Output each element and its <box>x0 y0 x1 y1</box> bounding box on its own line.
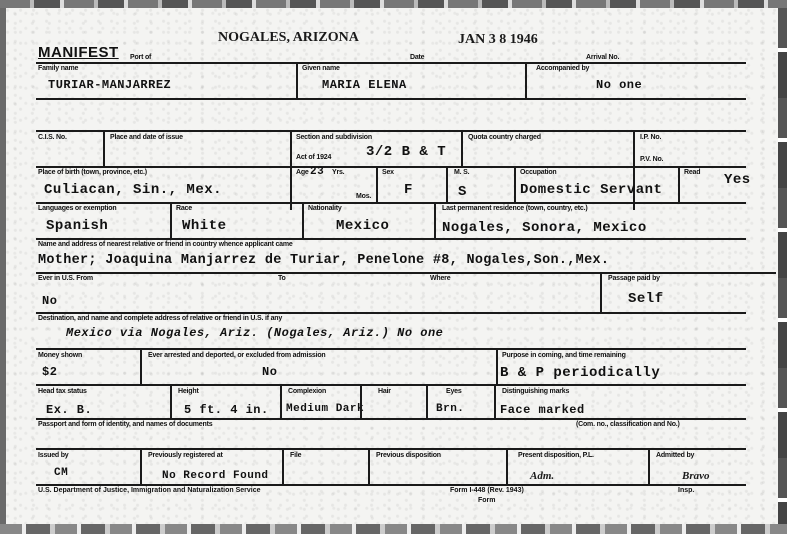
form-number: Form I-448 (Rev. 1943) <box>450 487 524 494</box>
divider <box>103 130 105 166</box>
divider <box>140 348 142 384</box>
sex-value: F <box>404 182 413 198</box>
section-label: Section and subdivision <box>296 134 372 141</box>
divider <box>282 448 284 484</box>
height-value: 5 ft. 4 in. <box>184 403 269 417</box>
divider <box>648 448 650 484</box>
occupation-value: Domestic Servant <box>520 182 662 198</box>
eyes-label: Eyes <box>446 388 462 395</box>
rule <box>36 62 746 64</box>
head-tax-label: Head tax status <box>38 388 87 395</box>
age-yrs-label: Yrs. <box>332 169 344 176</box>
last-residence-value: Nogales, Sonora, Mexico <box>442 220 647 236</box>
admitted-by-value: Bravo <box>682 470 710 482</box>
classification-label: (Com. no., classification and No.) <box>576 421 680 428</box>
divider <box>525 62 527 98</box>
ever-in-us-label: Ever in U.S. From <box>38 275 93 282</box>
age-years-value: 23 <box>310 166 324 178</box>
race-label: Race <box>176 205 192 212</box>
language-label: Languages or exemption <box>38 205 116 212</box>
rule <box>36 166 746 168</box>
rule <box>36 384 746 386</box>
rule <box>36 484 746 486</box>
rule <box>36 418 746 420</box>
quota-label: Quota country charged <box>468 134 541 141</box>
previous-disposition-label: Previous disposition <box>376 452 441 459</box>
passport-label: Passport and form of identity, and names… <box>38 421 212 428</box>
age-mos-label: Mos. <box>356 193 371 200</box>
read-label: Read <box>684 169 700 176</box>
ip-no-label: I.P. No. <box>640 134 661 141</box>
accompanied-label: Accompanied by <box>536 65 589 72</box>
form-sub: Form <box>478 497 496 504</box>
destination-label: Destination, and name and complete addre… <box>38 315 282 322</box>
to-label: To <box>278 275 286 282</box>
present-disposition-value: Adm. <box>530 470 554 482</box>
issued-by-label: Issued by <box>38 452 69 459</box>
nearest-relative-value: Mother; Joaquina Manjarrez de Turiar, Pe… <box>38 253 609 268</box>
nationality-label: Nationality <box>308 205 342 212</box>
agency-footer: U.S. Department of Justice, Immigration … <box>38 487 261 494</box>
rule <box>36 312 746 314</box>
passage-value: Self <box>628 291 664 307</box>
read-value: Yes <box>724 172 751 188</box>
marks-label: Distinguishing marks <box>502 388 569 395</box>
port-stamp: NOGALES, ARIZONA <box>218 30 359 46</box>
language-value: Spanish <box>46 218 108 234</box>
divider <box>290 130 292 210</box>
date-label: Date <box>410 54 424 61</box>
section-value: 3/2 B & T <box>366 144 446 160</box>
divider <box>496 348 498 384</box>
occupation-label: Occupation <box>520 169 557 176</box>
place-date-issue-label: Place and date of issue <box>110 134 183 141</box>
divider <box>434 202 436 238</box>
passage-label: Passage paid by <box>608 275 660 282</box>
divider <box>461 130 463 166</box>
divider <box>170 384 172 418</box>
rule <box>36 98 746 100</box>
divider <box>280 384 282 418</box>
divider <box>360 384 362 418</box>
divider <box>514 166 516 202</box>
race-value: White <box>182 218 227 234</box>
rule <box>36 272 776 274</box>
accompanied-value: No one <box>596 78 642 92</box>
purpose-value: B & P periodically <box>500 365 660 381</box>
present-disposition-label: Present disposition, P.L. <box>518 452 594 459</box>
divider <box>426 384 428 418</box>
previously-registered-value: No Record Found <box>162 470 269 482</box>
divider <box>170 202 172 238</box>
nationality-value: Mexico <box>336 218 389 234</box>
last-residence-label: Last permanent residence (town, country,… <box>442 205 587 212</box>
where-label: Where <box>430 275 450 282</box>
family-name-value: TURIAR-MANJARREZ <box>48 78 171 92</box>
place-birth-value: Culiacan, Sin., Mex. <box>44 182 222 198</box>
hair-label: Hair <box>378 388 391 395</box>
purpose-label: Purpose in coming, and time remaining <box>502 352 626 359</box>
head-tax-value: Ex. B. <box>46 403 92 417</box>
form-title: MANIFEST <box>38 44 119 61</box>
divider <box>678 166 680 202</box>
pv-no-label: P.V. No. <box>640 156 663 163</box>
sex-label: Sex <box>382 169 394 176</box>
inspector-initials: Insp. <box>678 487 694 494</box>
scan-edge-bottom <box>0 524 787 534</box>
arrival-no-label: Arrival No. <box>586 54 619 61</box>
eyes-value: Brn. <box>436 403 464 415</box>
port-label: Port of <box>130 54 151 61</box>
place-birth-label: Place of birth (town, province, etc.) <box>38 169 147 176</box>
rule <box>36 348 746 350</box>
divider <box>506 448 508 484</box>
rule <box>36 448 746 450</box>
divider <box>446 166 448 202</box>
rule <box>36 202 746 204</box>
marital-status-value: S <box>458 184 467 200</box>
marks-value: Face marked <box>500 403 585 417</box>
divider <box>376 166 378 202</box>
divider <box>600 272 602 312</box>
scan-edge-right <box>778 8 787 524</box>
nearest-relative-label: Name and address of nearest relative or … <box>38 241 293 248</box>
act-label: Act of 1924 <box>296 154 331 161</box>
divider <box>368 448 370 484</box>
money-label: Money shown <box>38 352 82 359</box>
excluded-value: No <box>262 365 277 379</box>
family-name-label: Family name <box>38 65 78 72</box>
age-label: Age <box>296 169 309 176</box>
issued-by-value: CM <box>54 467 68 479</box>
complexion-value: Medium Dark <box>286 403 364 415</box>
previously-registered-label: Previously registered at <box>148 452 223 459</box>
rule <box>36 130 746 132</box>
money-value: $2 <box>42 365 57 379</box>
rule <box>36 238 746 240</box>
complexion-label: Complexion <box>288 388 326 395</box>
divider <box>633 130 635 210</box>
cis-label: C.I.S. No. <box>38 134 67 141</box>
manifest-card: MANIFEST Port of NOGALES, ARIZONA Date J… <box>6 8 778 524</box>
admitted-by-label: Admitted by <box>656 452 694 459</box>
divider <box>140 448 142 484</box>
given-name-label: Given name <box>302 65 340 72</box>
divider <box>302 202 304 238</box>
destination-value: Mexico via Nogales, Ariz. (Nogales, Ariz… <box>66 326 443 340</box>
marital-status-label: M. S. <box>454 169 469 176</box>
excluded-label: Ever arrested and deported, or excluded … <box>148 352 325 359</box>
divider <box>296 62 298 98</box>
given-name-value: MARIA ELENA <box>322 78 407 92</box>
date-stamp: JAN 3 8 1946 <box>458 32 538 48</box>
ever-in-us-value: No <box>42 294 57 308</box>
scan-edge-top <box>0 0 787 8</box>
file-label: File <box>290 452 301 459</box>
divider <box>494 384 496 418</box>
height-label: Height <box>178 388 199 395</box>
